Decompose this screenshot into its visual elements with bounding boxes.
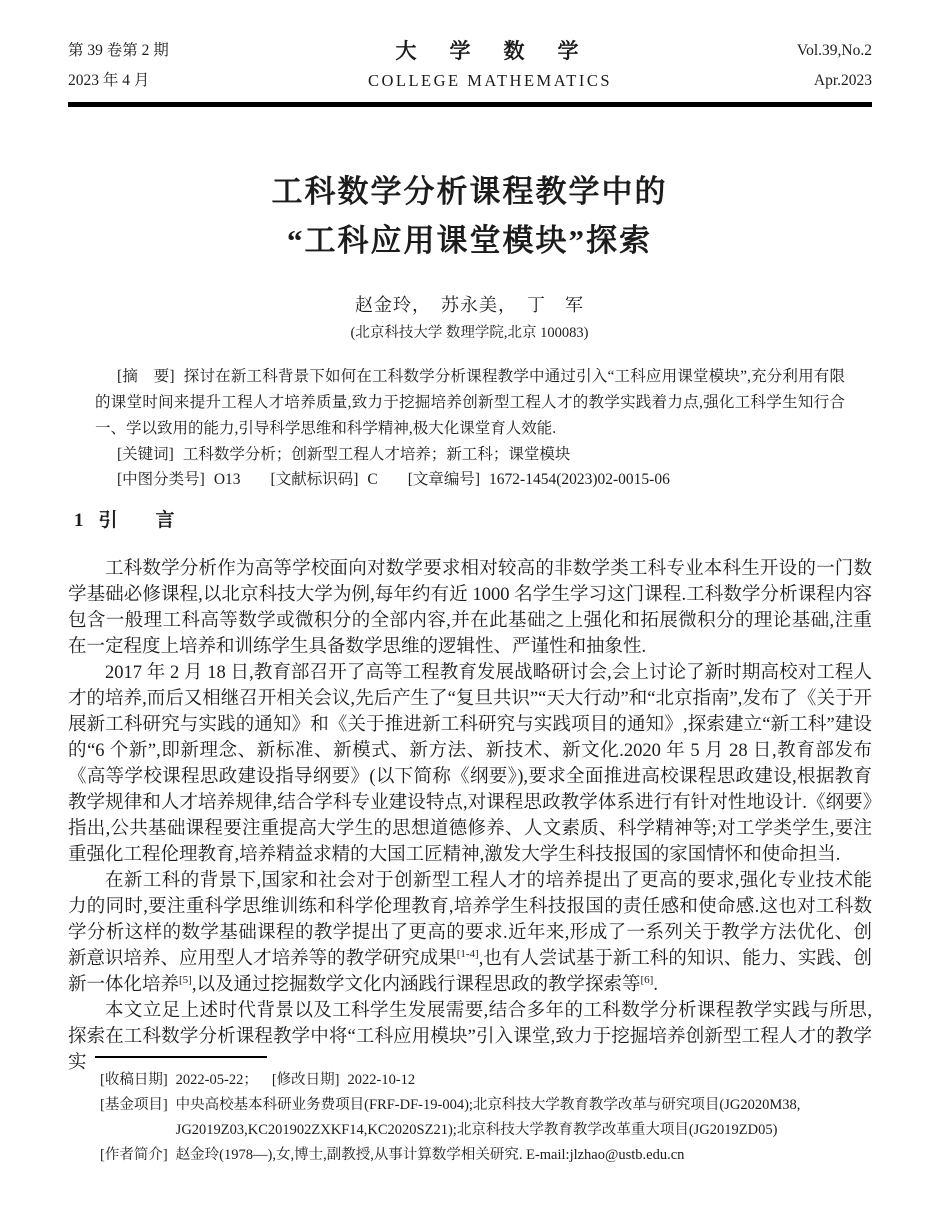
date-cn: 2023 年 4 月 (68, 66, 268, 96)
abstract-text: 探讨在新工科背景下如何在工科数学分析课程教学中通过引入“工科应用课堂模块”,充分… (95, 368, 845, 437)
received-revised-values: 2022-05-22；[修改日期]2022-10-12 (176, 1068, 881, 1093)
paragraph-3-text: . (653, 975, 658, 995)
affiliation-line: (北京科技大学 数理学院,北京 100083) (0, 322, 939, 344)
citation-ref-1-4: [1-4] (457, 948, 479, 960)
article-title: 工科数学分析课程教学中的 “工科应用课堂模块”探索 (0, 167, 939, 265)
article-meta: [摘 要]探讨在新工科背景下如何在工科数学分析课程教学中通过引入“工科应用课堂模… (95, 364, 845, 492)
masthead-rule (68, 102, 872, 107)
clc-value: O13 (214, 471, 241, 488)
journal-page: 第 39 卷第 2 期 2023 年 4 月 大 学 数 学 COLLEGE M… (0, 0, 939, 1231)
keywords-line: [关键词]工科数学分析；创新型工程人才培养；新工科；课堂模块 (95, 442, 845, 467)
footnotes: [收稿日期] 2022-05-22；[修改日期]2022-10-12 [基金项目… (100, 1068, 881, 1168)
section1-body: 工科数学分析作为高等学校面向对数学要求相对较高的非数学类工科专业本科生开设的一门… (68, 556, 872, 1076)
footnote-dates: [收稿日期] 2022-05-22；[修改日期]2022-10-12 (100, 1068, 881, 1093)
author-bio-value: 赵金玲(1978—),女,博士,副教授,从事计算数学相关研究. E-mail:j… (176, 1143, 881, 1168)
section1-title: 引 言 (99, 510, 175, 531)
footnote-author-bio: [作者简介] 赵金玲(1978—),女,博士,副教授,从事计算数学相关研究. E… (100, 1143, 881, 1168)
article-no-pair: [文章编号]1672-1454(2023)02-0015-06 (408, 471, 700, 488)
paragraph-2: 2017 年 2 月 18 日,教育部召开了高等工程教育发展战略研讨会,会上讨论… (68, 660, 872, 868)
citation-ref-6: [6] (640, 974, 653, 986)
section1-number: 1 (74, 510, 99, 531)
journal-masthead: 第 39 卷第 2 期 2023 年 4 月 大 学 数 学 COLLEGE M… (68, 36, 872, 96)
masthead-left: 第 39 卷第 2 期 2023 年 4 月 (68, 36, 268, 96)
authors-line: 赵金玲， 苏永美， 丁 军 (0, 293, 939, 317)
masthead-right: Vol.39,No.2 Apr.2023 (712, 36, 872, 96)
footnote-funding: [基金项目] 中央高校基本科研业务费项目(FRF-DF-19-004);北京科技… (100, 1093, 881, 1143)
doc-code-value: C (367, 471, 377, 488)
article-title-line2: “工科应用课堂模块”探索 (0, 216, 939, 265)
revised-date-value: 2022-10-12 (348, 1072, 416, 1088)
funding-label: [基金项目] (100, 1093, 176, 1118)
journal-title-en: COLLEGE MATHEMATICS (268, 66, 712, 96)
section1-heading: 1引 言 (74, 508, 872, 534)
citation-ref-5: [5] (179, 974, 192, 986)
clc-pair: [中图分类号]O13 (117, 471, 271, 488)
doc-code-label: [文献标识码] (271, 471, 368, 488)
article-title-line1: 工科数学分析课程教学中的 (0, 167, 939, 216)
received-date-value: 2022-05-22； (176, 1072, 272, 1088)
revised-date-label: [修改日期] (272, 1072, 348, 1088)
received-date-label: [收稿日期] (100, 1068, 176, 1093)
footnote-rule (95, 1056, 267, 1058)
funding-content: 中央高校基本科研业务费项目(FRF-DF-19-004);北京科技大学教育教学改… (176, 1093, 881, 1143)
keywords-text: 工科数学分析；创新型工程人才培养；新工科；课堂模块 (183, 446, 571, 463)
paragraph-3-text: ,以及通过挖掘数学文化内涵践行课程思政的教学探索等 (192, 975, 641, 995)
funding-line-2: JG2019Z03,KC201902ZXKF14,KC2020SZ21);北京科… (176, 1118, 881, 1143)
article-no-label: [文章编号] (408, 471, 489, 488)
funding-line-1: 中央高校基本科研业务费项目(FRF-DF-19-004);北京科技大学教育教学改… (176, 1093, 881, 1118)
paragraph-3: 在新工科的背景下,国家和社会对于创新型工程人才的培养提出了更高的要求,强化专业技… (68, 868, 872, 998)
clc-label: [中图分类号] (117, 471, 214, 488)
keywords-label: [关键词] (117, 446, 183, 463)
paragraph-1: 工科数学分析作为高等学校面向对数学要求相对较高的非数学类工科专业本科生开设的一门… (68, 556, 872, 660)
article-no-value: 1672-1454(2023)02-0015-06 (489, 471, 670, 488)
date-en: Apr.2023 (712, 66, 872, 96)
abstract-paragraph: [摘 要]探讨在新工科背景下如何在工科数学分析课程教学中通过引入“工科应用课堂模… (95, 364, 845, 442)
doc-code-pair: [文献标识码]C (271, 471, 408, 488)
masthead-center: 大 学 数 学 COLLEGE MATHEMATICS (268, 36, 712, 96)
volume-issue-en: Vol.39,No.2 (712, 36, 872, 66)
classification-line: [中图分类号]O13[文献标识码]C[文章编号]1672-1454(2023)0… (95, 467, 845, 492)
volume-issue-cn: 第 39 卷第 2 期 (68, 36, 268, 66)
abstract-label: [摘 要] (117, 368, 184, 385)
paragraph-4: 本文立足上述时代背景以及工科学生发展需要,结合多年的工科数学分析课程教学实践与所… (68, 998, 872, 1076)
journal-title-cn: 大 学 数 学 (268, 36, 712, 66)
author-bio-label: [作者简介] (100, 1143, 176, 1168)
